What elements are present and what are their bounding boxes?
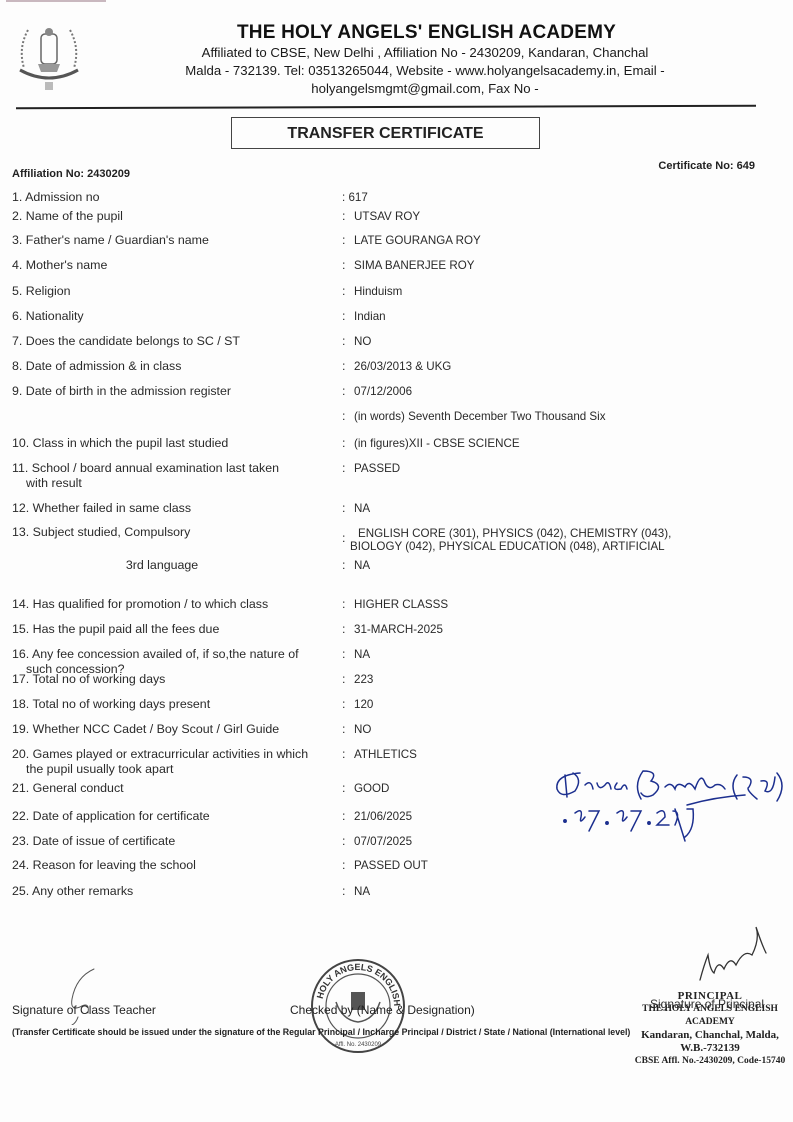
field-value: 26/03/2013 & UKG	[354, 359, 754, 374]
stamp-title: PRINCIPAL	[630, 990, 790, 1003]
field-label: 24. Reason for leaving the school	[12, 858, 342, 873]
field-label-continuation: the pupil usually took apart	[12, 762, 342, 777]
field-label-text: 20. Games played or extracurricular acti…	[12, 747, 308, 761]
field-label: 4. Mother's name	[12, 258, 342, 273]
field-value-text: ENGLISH CORE (301), PHYSICS (042), CHEMI…	[354, 527, 754, 540]
field-label-text: 14. Has qualified for promotion / to whi…	[12, 597, 268, 611]
field-label-text: 21. General conduct	[12, 781, 124, 795]
stamp-affiliation: CBSE Affl. No.-2430209, Code-15740	[630, 1055, 790, 1068]
field-value-text: UTSAV ROY	[354, 209, 754, 224]
issuance-note: (Transfer Certificate should be issued u…	[12, 1027, 630, 1037]
field-colon: :	[342, 233, 345, 248]
field-value-text: PASSED OUT	[354, 858, 754, 873]
field-label-continuation: with result	[12, 476, 342, 491]
field-label-text: 4. Mother's name	[12, 258, 107, 272]
field-value-text: NO	[354, 334, 754, 349]
field-label: 18. Total no of working days present	[12, 697, 342, 712]
field-label: 11. School / board annual examination la…	[12, 461, 342, 491]
field-value-text: 31-MARCH-2025	[354, 622, 754, 637]
field-value: Indian	[354, 309, 754, 324]
field-value-text: 07/12/2006	[354, 384, 754, 399]
field-value-text: NO	[354, 722, 754, 737]
field-colon: :	[342, 858, 345, 873]
field-colon: :	[342, 697, 345, 712]
field-colon: :	[342, 501, 345, 516]
field-colon: :	[342, 436, 345, 451]
field-colon: :	[342, 622, 345, 637]
field-value: : 617	[342, 190, 742, 205]
field-value-text: 120	[354, 697, 754, 712]
field-label: 9. Date of birth in the admission regist…	[12, 384, 342, 399]
field-label: 3. Father's name / Guardian's name	[12, 233, 342, 248]
principal-signature	[690, 925, 770, 985]
school-contact-info: Affiliated to CBSE, New Delhi , Affiliat…	[100, 44, 750, 98]
school-info-line: holyangelsmgmt@gmail.com, Fax No -	[100, 80, 750, 98]
field-label: 3rd language	[12, 558, 342, 573]
school-info-line: Malda - 732139. Tel: 03513265044, Websit…	[100, 62, 750, 80]
class-teacher-label: Signature of Class Teacher	[12, 1003, 156, 1017]
field-label: 1. Admission no	[12, 190, 342, 205]
stamp-school: THE HOLY ANGELS ENGLISH ACADEMY	[630, 1003, 790, 1029]
field-value: 31-MARCH-2025	[354, 622, 754, 637]
field-label: 10. Class in which the pupil last studie…	[12, 436, 342, 451]
field-label: 5. Religion	[12, 284, 342, 299]
svg-text:Affl. No. 2430209: Affl. No. 2430209	[335, 1042, 382, 1048]
field-label: 15. Has the pupil paid all the fees due	[12, 622, 342, 637]
field-colon: :	[342, 809, 345, 824]
field-label-text: 7. Does the candidate belongs to SC / ST	[12, 334, 240, 348]
field-label: 6. Nationality	[12, 309, 342, 324]
field-label-text: 6. Nationality	[12, 309, 84, 323]
stamp-address: Kandaran, Chanchal, Malda,	[630, 1029, 790, 1042]
field-label: 13. Subject studied, Compulsory	[12, 525, 342, 540]
field-label: 21. General conduct	[12, 781, 342, 796]
field-value-text: 223	[354, 672, 754, 687]
field-label: 23. Date of issue of certificate	[12, 834, 342, 849]
field-value: NA	[354, 884, 754, 899]
field-colon: :	[342, 884, 345, 899]
field-colon: :	[342, 597, 345, 612]
field-label-text: 15. Has the pupil paid all the fees due	[12, 622, 219, 636]
field-value-text: HIGHER CLASSS	[354, 597, 754, 612]
stamp-pin: W.B.-732139	[630, 1042, 790, 1055]
field-value: 223	[354, 672, 754, 687]
field-value-continuation: BIOLOGY (042), PHYSICAL EDUCATION (048),…	[350, 540, 754, 553]
field-colon: :	[342, 284, 345, 299]
field-colon: :	[342, 531, 345, 546]
field-label-text: 17. Total no of working days	[12, 672, 165, 686]
field-value: Hinduism	[354, 284, 754, 299]
field-value: ENGLISH CORE (301), PHYSICS (042), CHEMI…	[354, 527, 754, 553]
header-divider	[16, 105, 756, 110]
field-label: 22. Date of application for certificate	[12, 809, 342, 824]
field-colon: :	[342, 209, 345, 224]
field-value: LATE GOURANGA ROY	[354, 233, 754, 248]
field-label-text: 22. Date of application for certificate	[12, 809, 210, 823]
field-label-text: 5. Religion	[12, 284, 71, 298]
field-colon: :	[342, 359, 345, 374]
field-label-text: 25. Any other remarks	[12, 884, 133, 898]
field-value: PASSED	[354, 461, 754, 476]
field-label: 19. Whether NCC Cadet / Boy Scout / Girl…	[12, 722, 342, 737]
affiliation-number: Affiliation No: 2430209	[12, 168, 130, 180]
field-colon: :	[342, 334, 345, 349]
school-info-line: Affiliated to CBSE, New Delhi , Affiliat…	[100, 44, 750, 62]
checked-by-label: Checked by (Name & Designation)	[290, 1003, 475, 1017]
field-label-text: 11. School / board annual examination la…	[12, 461, 279, 475]
field-value: NA	[354, 558, 754, 573]
field-colon: :	[342, 672, 345, 687]
field-label: 17. Total no of working days	[12, 672, 342, 687]
field-value-text: ATHLETICS	[354, 747, 754, 762]
field-label-text: 9. Date of birth in the admission regist…	[12, 384, 231, 398]
document-title: TRANSFER CERTIFICATE	[231, 117, 540, 149]
field-colon: :	[342, 384, 345, 399]
field-colon: :	[342, 409, 345, 424]
field-label-text: 16. Any fee concession availed of, if so…	[12, 647, 299, 661]
field-label-text: 13. Subject studied, Compulsory	[12, 525, 190, 539]
field-value: SIMA BANERJEE ROY	[354, 258, 754, 273]
field-value: (in figures)XII - CBSE SCIENCE	[354, 436, 754, 451]
field-label: 7. Does the candidate belongs to SC / ST	[12, 334, 342, 349]
field-label-text: 24. Reason for leaving the school	[12, 858, 196, 872]
field-label-text: 3. Father's name / Guardian's name	[12, 233, 209, 247]
field-value-text: NA	[354, 501, 754, 516]
field-label: 12. Whether failed in same class	[12, 501, 342, 516]
field-value-text: PASSED	[354, 461, 754, 476]
school-name: THE HOLY ANGELS' ENGLISH ACADEMY	[0, 22, 793, 44]
field-value: NO	[354, 722, 754, 737]
principal-stamp: PRINCIPAL THE HOLY ANGELS ENGLISH ACADEM…	[630, 990, 790, 1068]
field-value: ATHLETICS	[354, 747, 754, 762]
certificate-number: Certificate No: 649	[658, 160, 755, 172]
field-label: 20. Games played or extracurricular acti…	[12, 747, 342, 777]
field-label-text: 18. Total no of working days present	[12, 697, 210, 711]
field-value: NA	[354, 501, 754, 516]
field-value-text: (in words) Seventh December Two Thousand…	[354, 409, 754, 424]
field-value: 120	[354, 697, 754, 712]
field-colon: :	[342, 747, 345, 762]
field-label-text: 12. Whether failed in same class	[12, 501, 191, 515]
field-value: PASSED OUT	[354, 858, 754, 873]
field-value: NO	[354, 334, 754, 349]
field-colon: :	[342, 309, 345, 324]
field-label-text: 8. Date of admission & in class	[12, 359, 181, 373]
field-colon: :	[342, 558, 345, 573]
field-value: HIGHER CLASSS	[354, 597, 754, 612]
field-value-text: LATE GOURANGA ROY	[354, 233, 754, 248]
field-value: NA	[354, 647, 754, 662]
field-colon: :	[342, 258, 345, 273]
field-label: 14. Has qualified for promotion / to whi…	[12, 597, 342, 612]
field-value-text: Hinduism	[354, 284, 754, 299]
field-value: UTSAV ROY	[354, 209, 754, 224]
field-value: 07/12/2006	[354, 384, 754, 399]
field-colon: :	[342, 647, 345, 662]
field-label: 8. Date of admission & in class	[12, 359, 342, 374]
field-label-text: 19. Whether NCC Cadet / Boy Scout / Girl…	[12, 722, 279, 736]
field-value-text: : 617	[342, 190, 742, 205]
field-colon: :	[342, 461, 345, 476]
field-label: 25. Any other remarks	[12, 884, 342, 899]
field-label-text: 10. Class in which the pupil last studie…	[12, 436, 228, 450]
field-label-text: 3rd language	[12, 558, 312, 573]
guardian-signature	[525, 765, 790, 845]
field-label-text: 1. Admission no	[12, 190, 99, 204]
field-value: (in words) Seventh December Two Thousand…	[354, 409, 754, 424]
field-value-text: NA	[354, 884, 754, 899]
scan-edge-mark	[6, 0, 106, 2]
field-colon: :	[342, 834, 345, 849]
field-value-text: Indian	[354, 309, 754, 324]
field-colon: :	[342, 781, 345, 796]
field-value-text: NA	[354, 647, 754, 662]
field-value-text: 26/03/2013 & UKG	[354, 359, 754, 374]
field-value-text: NA	[354, 558, 754, 573]
field-label: 2. Name of the pupil	[12, 209, 342, 224]
field-value-text: (in figures)XII - CBSE SCIENCE	[354, 436, 754, 451]
field-label-text: 23. Date of issue of certificate	[12, 834, 175, 848]
field-label-text: 2. Name of the pupil	[12, 209, 123, 223]
field-colon: :	[342, 722, 345, 737]
field-value-text: SIMA BANERJEE ROY	[354, 258, 754, 273]
